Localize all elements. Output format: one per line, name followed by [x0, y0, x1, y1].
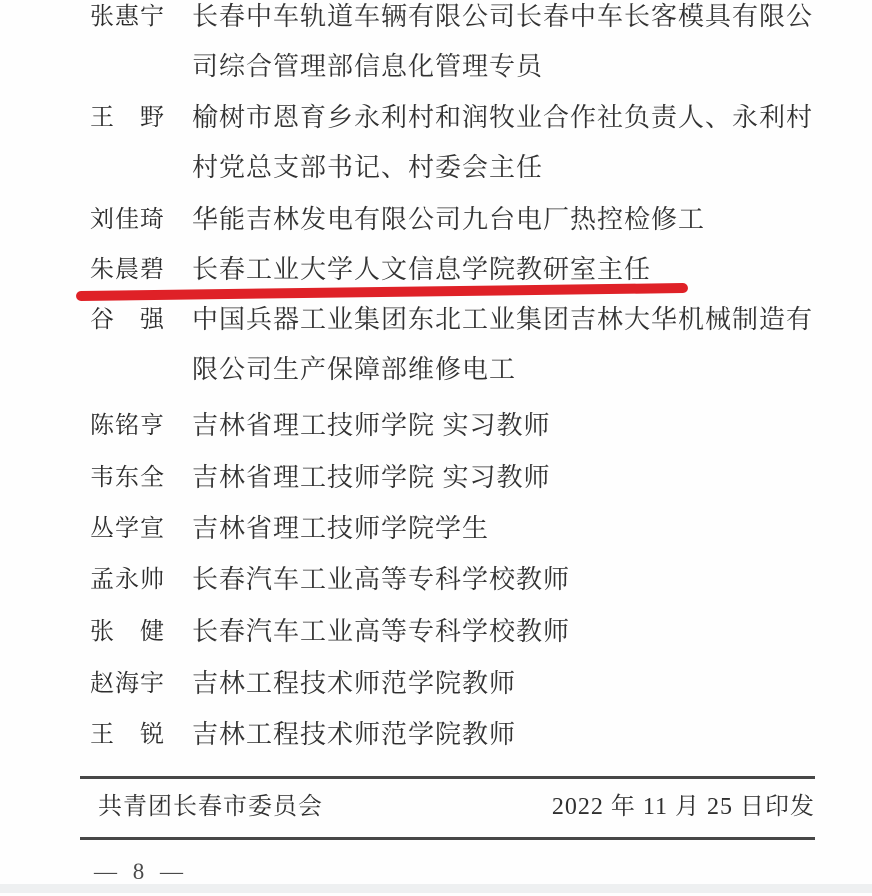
- person-organization: 中国兵器工业集团东北工业集团吉林大华机械制造有限公司生产保障部维修电工: [192, 295, 813, 395]
- person-name: 王锐: [90, 710, 164, 760]
- honor-list-entry: 韦东全 吉林省理工技师学院 实习教师: [90, 453, 551, 503]
- person-name: 孟永帅: [90, 555, 164, 605]
- honor-list-entry: 王野 榆树市恩育乡永利村和润牧业合作社负责人、永利村村党总支部书记、村委会主任: [90, 93, 813, 193]
- photo-edge-strip: [0, 884, 872, 893]
- person-organization: 长春汽车工业高等专科学校教师: [192, 607, 570, 657]
- person-name: 朱晨碧: [90, 245, 164, 295]
- person-name: 张惠宁: [90, 0, 164, 42]
- honor-list-entry: 王锐 吉林工程技术师范学院教师: [90, 710, 516, 760]
- person-name: 刘佳琦: [90, 195, 164, 245]
- issuer-name: 共青团长春市委员会: [98, 782, 323, 832]
- person-name: 陈铭亨: [90, 401, 164, 451]
- person-organization: 吉林工程技术师范学院教师: [192, 659, 516, 709]
- person-organization: 长春中车轨道车辆有限公司长春中车长客模具有限公司综合管理部信息化管理专员: [192, 0, 813, 92]
- person-name: 赵海宇: [90, 659, 164, 709]
- honor-list-entry: 孟永帅 长春汽车工业高等专科学校教师: [90, 555, 570, 605]
- person-name: 韦东全: [90, 453, 164, 503]
- honor-list-entry: 谷强 中国兵器工业集团东北工业集团吉林大华机械制造有限公司生产保障部维修电工: [90, 295, 813, 395]
- honor-list-entry: 张健 长春汽车工业高等专科学校教师: [90, 607, 570, 657]
- footer-top-rule: [80, 776, 815, 779]
- honor-list-entry: 赵海宇 吉林工程技术师范学院教师: [90, 659, 516, 709]
- honor-list-entry: 陈铭亨 吉林省理工技师学院 实习教师: [90, 401, 551, 451]
- document-page: 张惠宁 长春中车轨道车辆有限公司长春中车长客模具有限公司综合管理部信息化管理专员…: [0, 0, 872, 896]
- person-organization: 华能吉林发电有限公司九台电厂热控检修工: [192, 195, 705, 245]
- person-name: 王野: [90, 93, 164, 143]
- honor-list-entry: 刘佳琦 华能吉林发电有限公司九台电厂热控检修工: [90, 195, 705, 245]
- person-name: 张健: [90, 607, 164, 657]
- footer-bottom-rule: [80, 837, 815, 840]
- person-name: 丛学宣: [90, 504, 164, 554]
- print-date: 2022 年 11 月 25 日印发: [552, 782, 815, 832]
- person-organization: 榆树市恩育乡永利村和润牧业合作社负责人、永利村村党总支部书记、村委会主任: [192, 93, 813, 193]
- person-organization: 吉林省理工技师学院 实习教师: [192, 453, 551, 503]
- honor-list-entry: 丛学宣 吉林省理工技师学院学生: [90, 504, 489, 554]
- honor-list-entry: 张惠宁 长春中车轨道车辆有限公司长春中车长客模具有限公司综合管理部信息化管理专员: [90, 0, 813, 92]
- person-organization: 吉林工程技术师范学院教师: [192, 710, 516, 760]
- person-organization: 长春汽车工业高等专科学校教师: [192, 555, 570, 605]
- person-organization: 吉林省理工技师学院 实习教师: [192, 401, 551, 451]
- person-organization: 吉林省理工技师学院学生: [192, 504, 489, 554]
- person-name: 谷强: [90, 295, 164, 345]
